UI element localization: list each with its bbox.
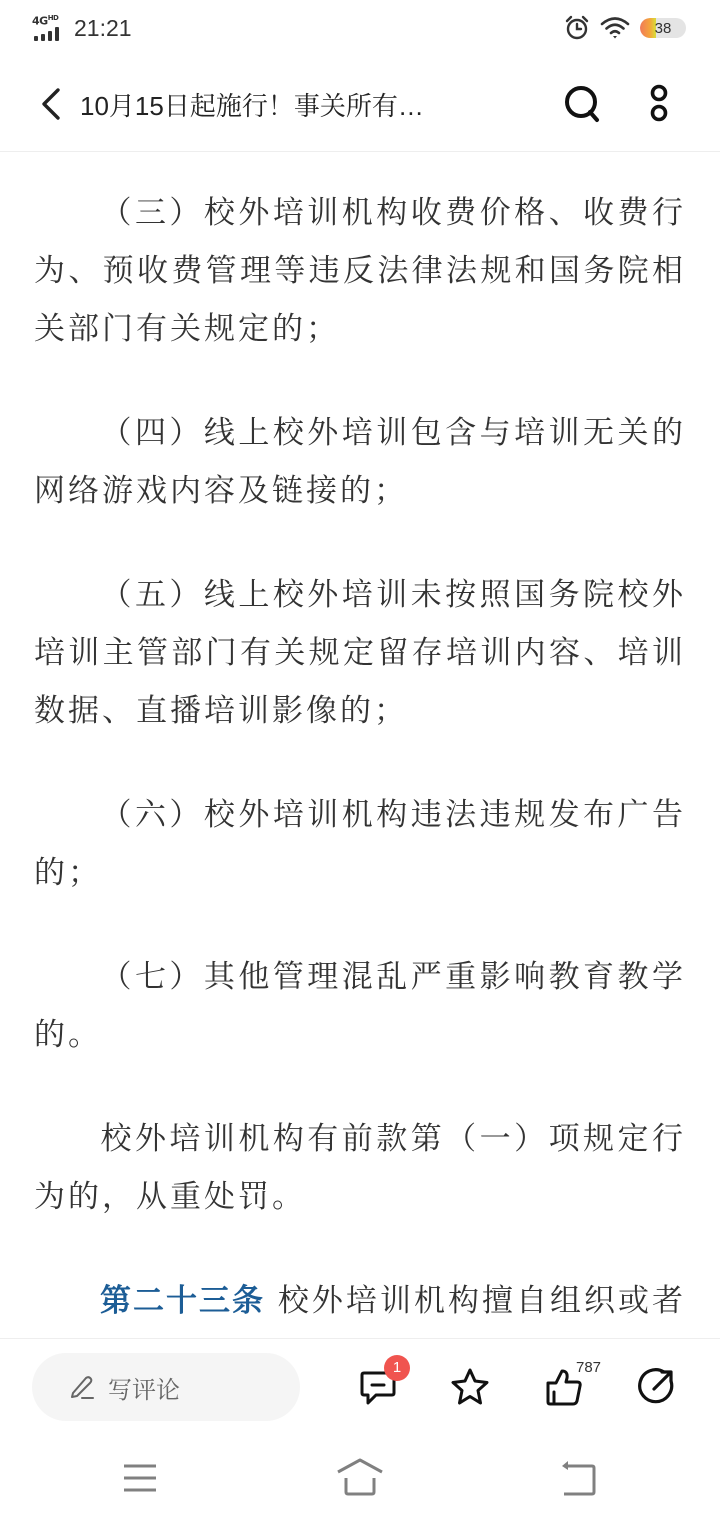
status-right: 38 xyxy=(564,15,686,41)
page-title: 10月15日起施行！事关所有… xyxy=(80,86,424,123)
more-vertical-icon[interactable] xyxy=(644,80,674,126)
paragraph-text: （五）线上校外培训未按照国务院校外培训主管部门有关规定留存培训内容、培训数据、直… xyxy=(34,577,686,729)
system-nav-bar xyxy=(0,1434,720,1520)
clock: 21:21 xyxy=(74,15,132,42)
chevron-left-icon[interactable] xyxy=(36,86,66,122)
comment-placeholder: 写评论 xyxy=(108,1370,180,1405)
network-type: 4GHD xyxy=(32,14,58,28)
article-paragraph: （五）线上校外培训未按照国务院校外培训主管部门有关规定留存培训内容、培训数据、直… xyxy=(34,566,686,740)
article-paragraph: 第二十三条 校外培训机构擅自组织或者参与组织面向3周岁以上学龄前儿童、中小学生的… xyxy=(34,1272,686,1338)
status-bar: 4GHD 21:21 38 xyxy=(0,0,720,56)
menu-icon[interactable] xyxy=(116,1458,164,1498)
article-clause-heading: 第二十三条 xyxy=(100,1283,265,1319)
alarm-icon xyxy=(564,15,590,41)
article-paragraph: （六）校外培训机构违法违规发布广告的； xyxy=(34,786,686,902)
network-label: 4G xyxy=(32,15,48,28)
paragraph-text: 校外培训机构有前款第（一）项规定行为的，从重处罚。 xyxy=(34,1121,686,1215)
wifi-icon xyxy=(600,16,630,40)
back-icon[interactable] xyxy=(556,1458,604,1498)
star-icon[interactable] xyxy=(448,1365,492,1409)
paragraph-text: （四）线上校外培训包含与培训无关的网络游戏内容及链接的； xyxy=(34,415,686,509)
paragraph-text: （三）校外培训机构收费价格、收费行为、预收费管理等违反法律法规和国务院相关部门有… xyxy=(34,195,686,347)
action-bar: 写评论 1 787 xyxy=(0,1338,720,1434)
search-icon[interactable] xyxy=(560,82,604,126)
comment-count-badge: 1 xyxy=(384,1355,410,1381)
signal-icon: 4GHD xyxy=(32,13,68,43)
header: 10月15日起施行！事关所有… xyxy=(0,56,720,152)
article-paragraph: （七）其他管理混乱严重影响教育教学的。 xyxy=(34,948,686,1064)
battery-fill xyxy=(640,18,656,38)
comment-input[interactable]: 写评论 xyxy=(32,1353,300,1421)
screen: 4GHD 21:21 38 xyxy=(0,0,720,1520)
home-icon[interactable] xyxy=(336,1458,384,1498)
signal-bars xyxy=(34,27,59,41)
paragraph-text: （七）其他管理混乱严重影响教育教学的。 xyxy=(34,959,686,1053)
paragraph-text: （六）校外培训机构违法违规发布广告的； xyxy=(34,797,686,891)
battery-icon: 38 xyxy=(640,18,686,38)
network-suffix: HD xyxy=(48,14,59,22)
like-count: 787 xyxy=(576,1359,601,1376)
article-body: （三）校外培训机构收费价格、收费行为、预收费管理等违反法律法规和国务院相关部门有… xyxy=(0,152,720,1338)
status-left: 4GHD 21:21 xyxy=(32,13,132,43)
article-paragraph: （四）线上校外培训包含与培训无关的网络游戏内容及链接的； xyxy=(34,404,686,520)
article-paragraph: （三）校外培训机构收费价格、收费行为、预收费管理等违反法律法规和国务院相关部门有… xyxy=(34,184,686,358)
edit-icon xyxy=(68,1373,96,1401)
article-paragraph: 校外培训机构有前款第（一）项规定行为的，从重处罚。 xyxy=(34,1110,686,1226)
share-icon[interactable] xyxy=(634,1365,678,1409)
battery-level: 38 xyxy=(655,20,672,37)
